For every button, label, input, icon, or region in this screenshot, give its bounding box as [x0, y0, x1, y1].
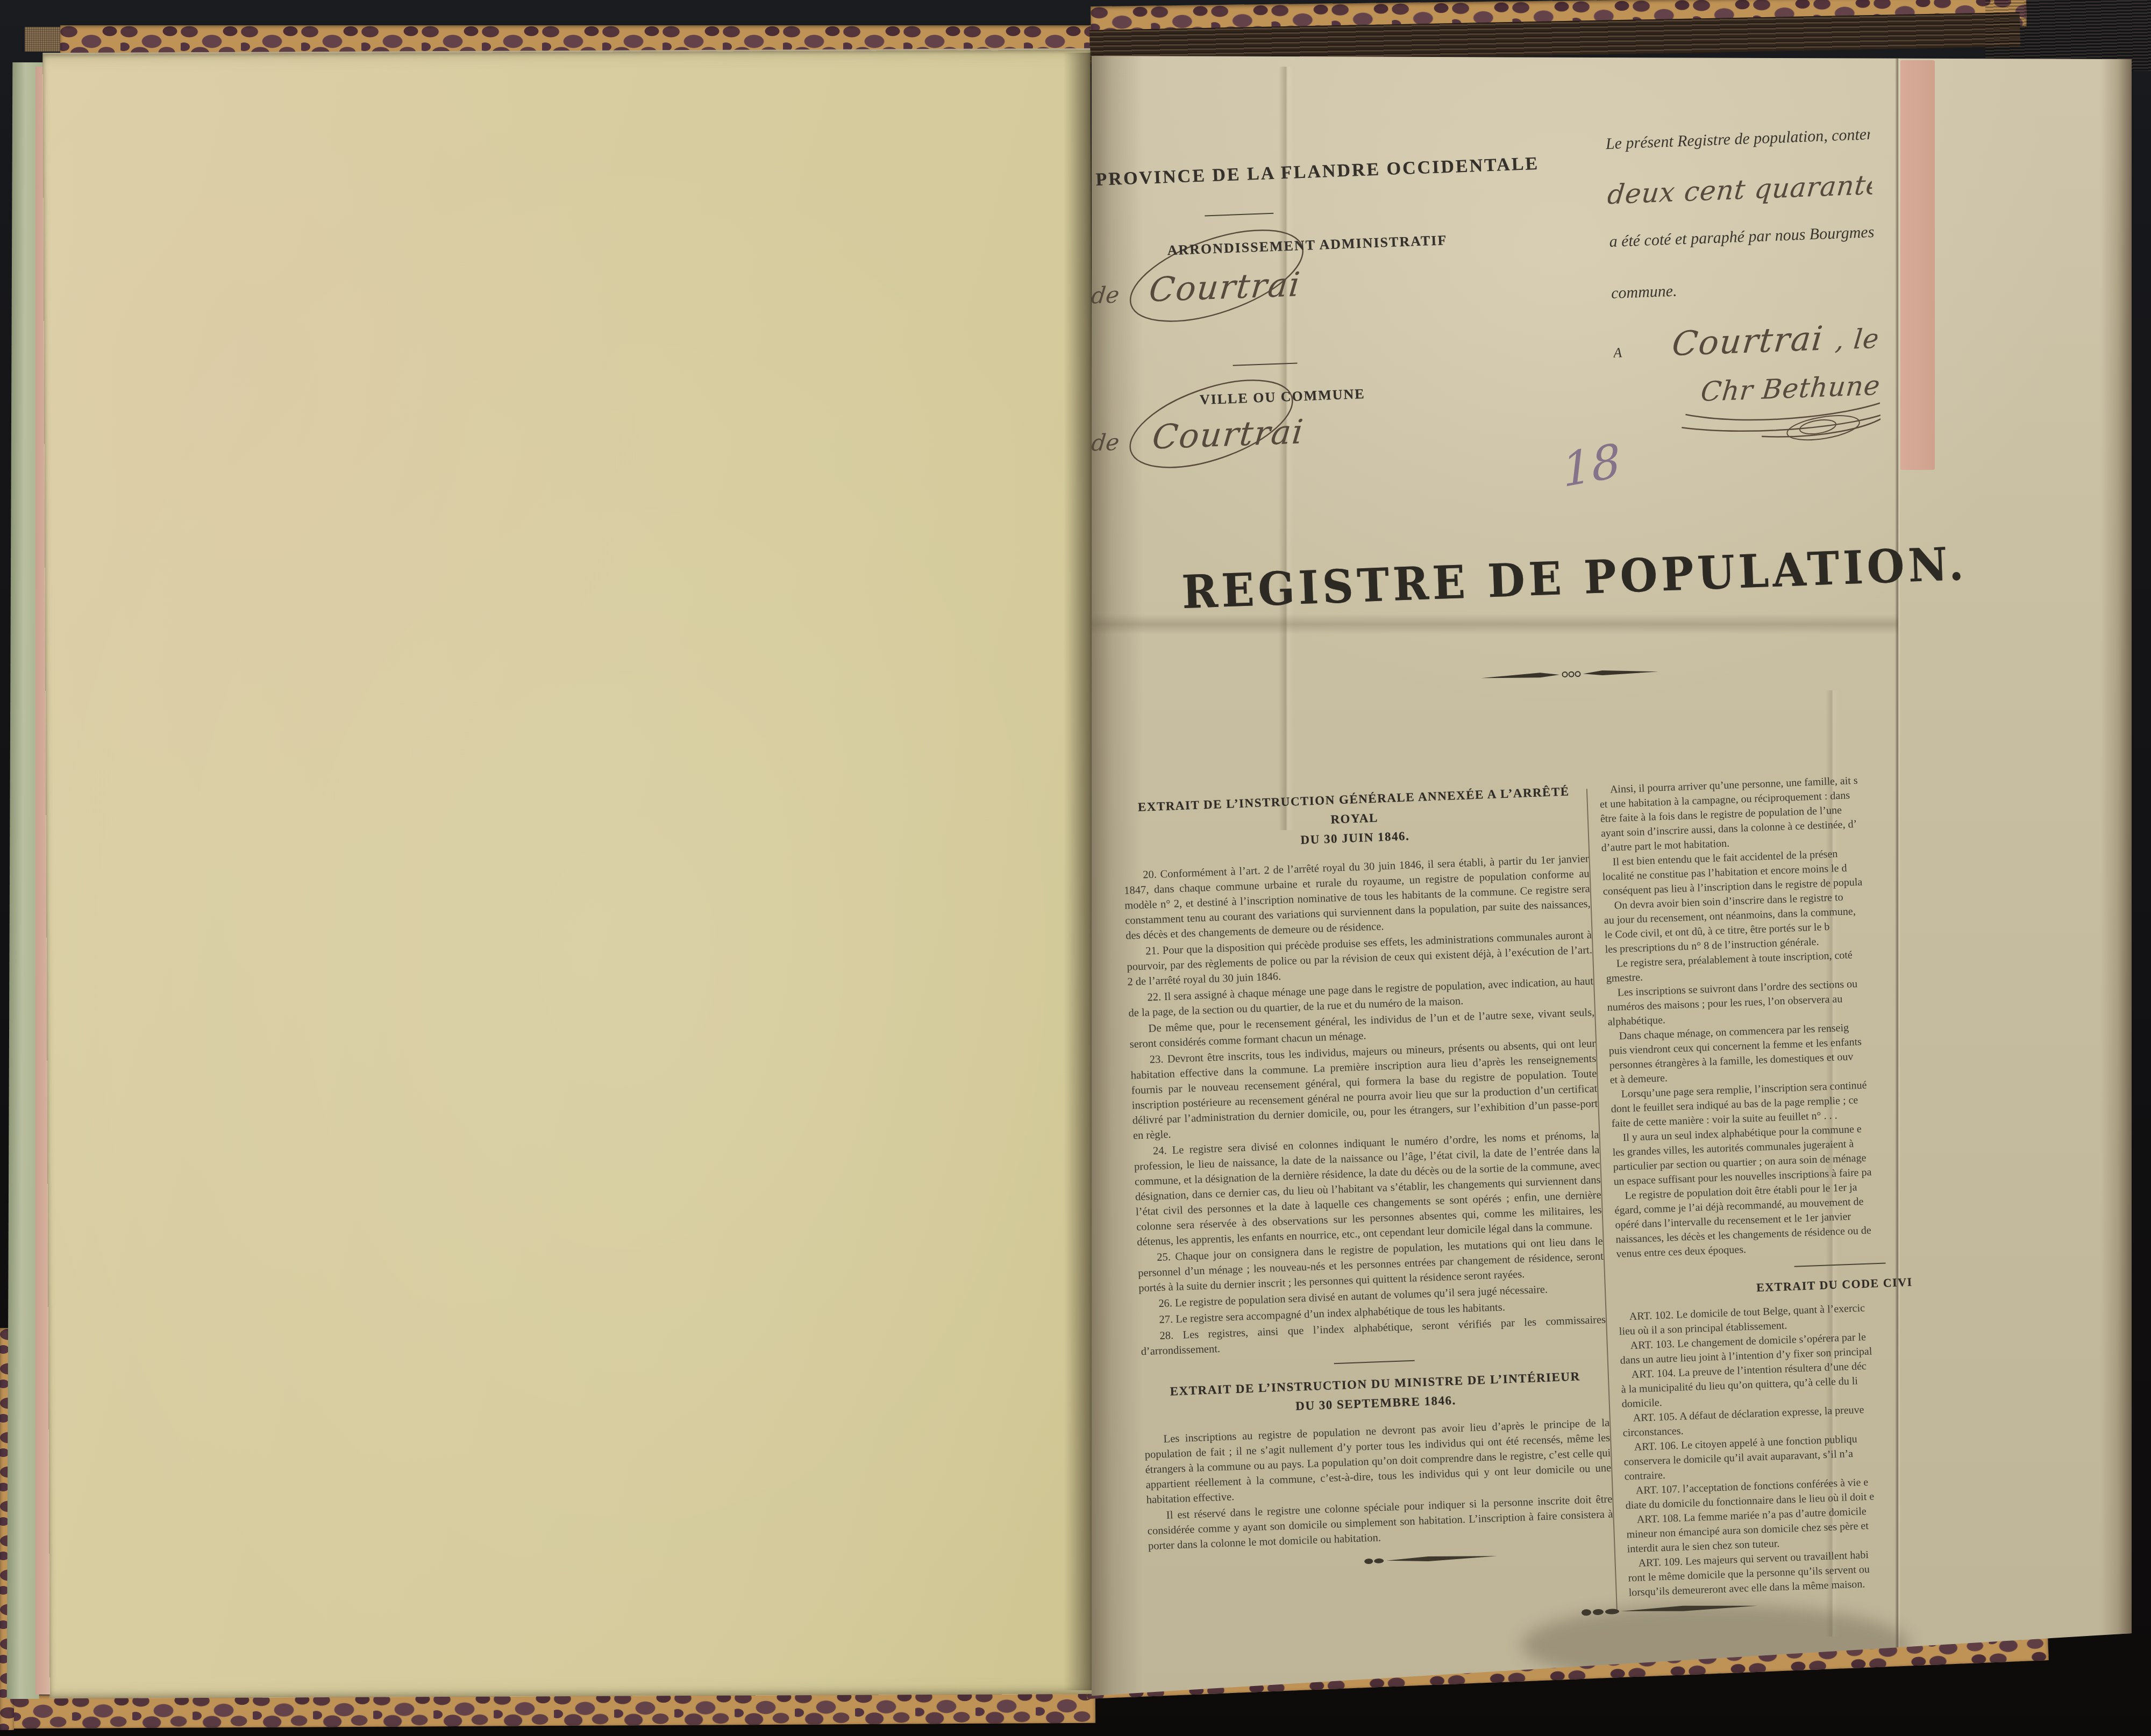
instruction-paragraph: 23. Devront être inscrits, tous les indi… — [1130, 1036, 1599, 1144]
arrondissement-line: de Courtrai — [1092, 265, 1301, 311]
right-column-block1: Ainsi, il pourra arriver qu’une personne… — [1599, 772, 1924, 1261]
province-heading: PROVINCE DE LA FLANDRE OCCIDENTALE — [1095, 154, 1540, 190]
left-column-tailpiece — [1364, 1552, 1498, 1566]
gutter-shadow — [1064, 53, 1094, 1690]
flourish-rule-1 — [1205, 213, 1273, 217]
printed-sheet-content: PROVINCE DE LA FLANDRE OCCIDENTALE ARRON… — [1092, 56, 2132, 1696]
instruction-paragraph: 24. Le registre sera divisé en colonnes … — [1134, 1127, 1603, 1250]
title-divider — [1481, 666, 1659, 683]
code-civil-heading: EXTRAIT DU CODE CIVIL. — [1618, 1267, 1925, 1302]
section1-paragraphs: 20. Conformément à l’art. 2 de l’arrêté … — [1123, 851, 1607, 1359]
flourish-rule-2 — [1233, 362, 1298, 366]
left-column: EXTRAIT DE L’INSTRUCTION GÉNÉRALE ANNEXÉ… — [1121, 781, 1615, 1577]
code-civil-lines: ART. 102. Le domicile de tout Belge, qua… — [1618, 1294, 1924, 1600]
commune-line: de Courtrai — [1092, 412, 1305, 459]
commune-prefix-handwritten: de — [1092, 429, 1121, 456]
book-cover-cloth-corner — [25, 27, 63, 52]
book-scan: PROVINCE DE LA FLANDRE OCCIDENTALE ARRON… — [0, 0, 2151, 1736]
arrondissement-value-handwritten: Courtrai — [1147, 265, 1302, 310]
right-column: Ainsi, il pourra arriver qu’une personne… — [1599, 772, 1924, 1629]
right-page: PROVINCE DE LA FLANDRE OCCIDENTALE ARRON… — [1092, 56, 2132, 1696]
commune-value-handwritten: Courtrai — [1150, 412, 1306, 457]
page-note-18: 18 — [1561, 434, 1622, 498]
certification-block: Le présent Registre de population, conte… — [1605, 125, 1884, 522]
section2-paragraphs: Les inscriptions au registre de populati… — [1144, 1415, 1614, 1554]
signature-flourish — [1680, 397, 1884, 465]
section-divider-rule — [1334, 1360, 1415, 1364]
certification-line-2: a été coté et paraphé par nous Bourgmest… — [1609, 223, 1874, 251]
left-blank-page — [42, 48, 1097, 1698]
arrondissement-prefix-handwritten: de — [1092, 281, 1121, 309]
code-civil-rule — [1794, 1262, 1886, 1267]
folio-count-handwritten: deux cent quarante trois feuille — [1606, 163, 1884, 211]
date-handwritten: , le 12 Janv — [1834, 319, 1884, 356]
certification-line-3: commune. — [1611, 275, 1876, 303]
certification-line-1: Le présent Registre de population, conte… — [1605, 125, 1870, 153]
place-value-handwritten: Courtrai — [1670, 318, 1826, 363]
place-prefix: A — [1613, 345, 1622, 361]
page-title: REGISTRE DE POPULATION. — [1181, 538, 1925, 619]
